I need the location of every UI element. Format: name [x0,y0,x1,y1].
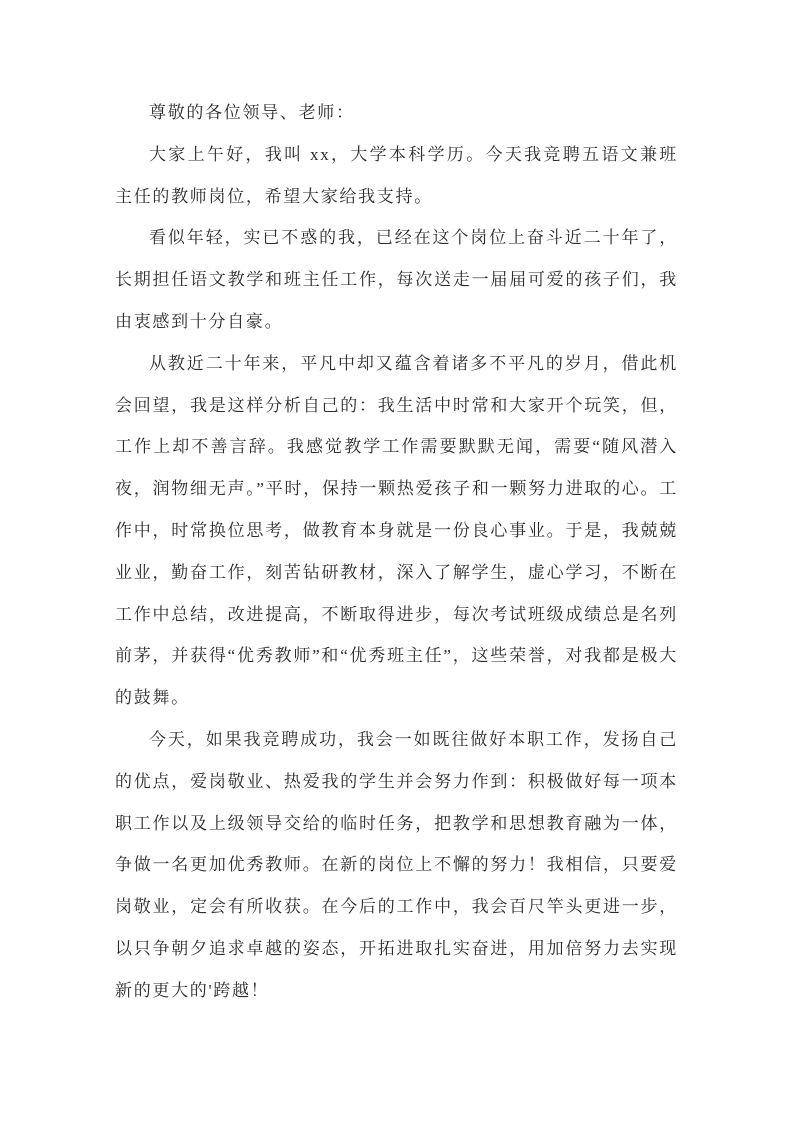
experience-paragraph: 看似年轻，实已不惑的我，已经在这个岗位上奋斗近二十年了，长期担任语文教学和班主任… [115,217,678,342]
document-page: 尊敬的各位领导、老师： 大家上午好，我叫 xx，大学本科学历。今天我竞聘五语文兼… [0,0,793,1122]
commitment-paragraph: 今天，如果我竞聘成功，我会一如既往做好本职工作，发扬自己的优点，爱岗敬业、热爱我… [115,719,678,1012]
intro-paragraph: 大家上午好，我叫 xx，大学本科学历。今天我竞聘五语文兼班主任的教师岗位，希望大… [115,134,678,218]
self-analysis-paragraph: 从教近二十年来，平凡中却又蕴含着诸多不平凡的岁月，借此机会回望，我是这样分析自己… [115,343,678,719]
document-body: 尊敬的各位领导、老师： 大家上午好，我叫 xx，大学本科学历。今天我竞聘五语文兼… [115,92,678,1012]
salutation-paragraph: 尊敬的各位领导、老师： [115,92,678,134]
